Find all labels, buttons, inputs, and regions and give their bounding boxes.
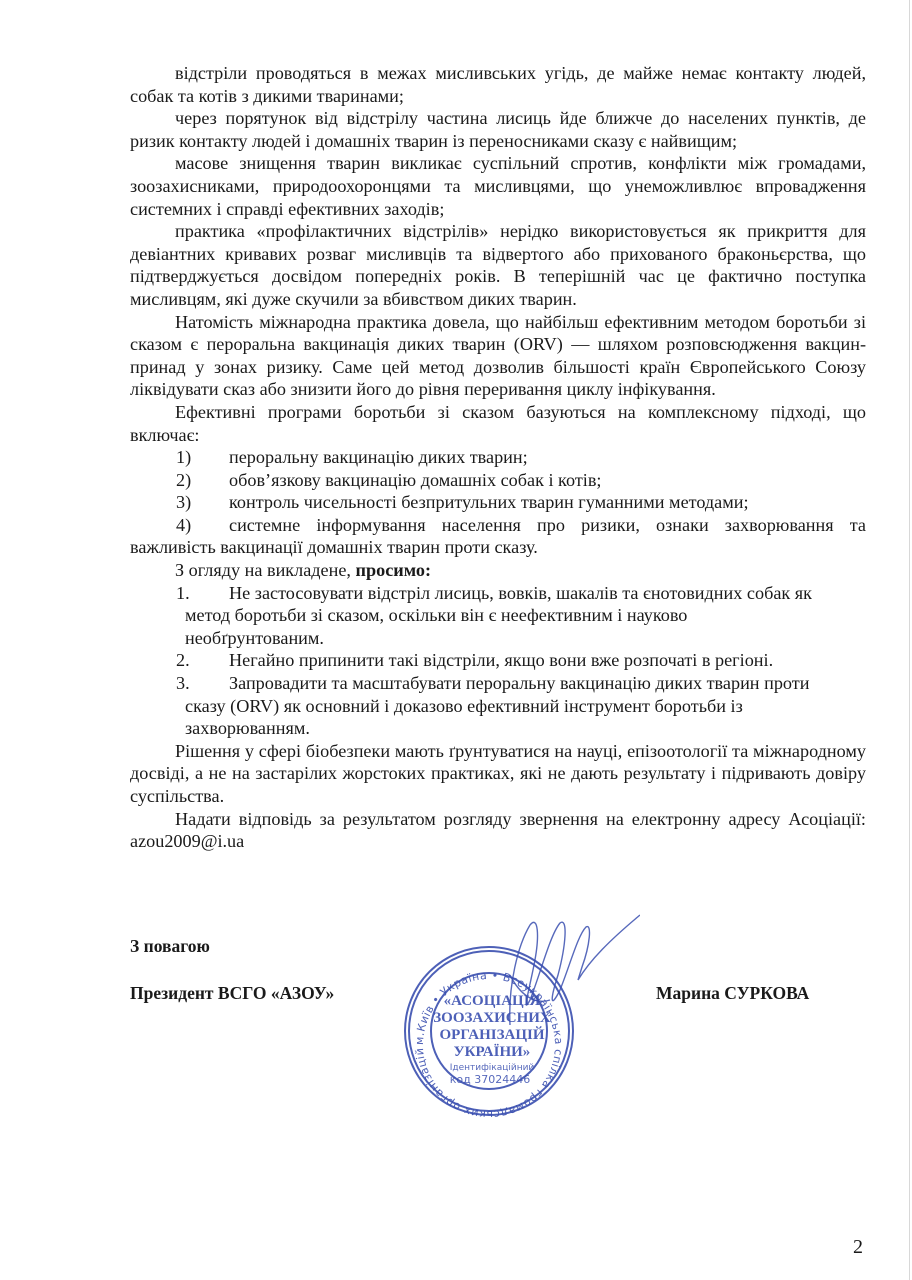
list-text-continuation: сказу (ORV) як основний і доказово ефект…	[130, 695, 866, 718]
paragraph: Рішення у сфері біобезпеки мають ґрунтув…	[130, 740, 866, 808]
signer-name: Марина СУРКОВА	[656, 983, 809, 1004]
paragraph: масове знищення тварин викликає суспільн…	[130, 152, 866, 220]
request-item: 3.Запровадити та масштабувати пероральну…	[130, 672, 866, 740]
paragraph: через порятунок від відстрілу частина ли…	[130, 107, 866, 152]
svg-text:УКРАЇНИ»: УКРАЇНИ»	[454, 1044, 531, 1060]
list-text: пероральну вакцинацію диких тварин;	[229, 446, 866, 469]
paragraph: відстріли проводяться в межах мисливськи…	[130, 62, 866, 107]
list-text: Запровадити та масштабувати пероральну в…	[229, 673, 809, 693]
request-intro-bold: просимо:	[356, 560, 432, 580]
svg-text:ЗООЗАХИСНИХ: ЗООЗАХИСНИХ	[433, 1010, 551, 1026]
list-item-continuation: важливість вакцинації домашніх тварин пр…	[130, 536, 866, 559]
list-text-continuation: захворюванням.	[130, 717, 866, 740]
list-text: системне інформування населення про ризи…	[229, 514, 866, 537]
list-text-continuation: необґрунтованим.	[130, 627, 866, 650]
request-intro: З огляду на викладене, просимо:	[130, 559, 866, 582]
signer-position: Президент ВСГО «АЗОУ»	[130, 983, 334, 1004]
list-number: 2)	[176, 469, 229, 492]
program-list: 1) пероральну вакцинацію диких тварин; 2…	[130, 446, 866, 559]
request-item: 1.Не застосовувати відстріл лисиць, вовк…	[130, 582, 866, 650]
list-number: 1)	[176, 446, 229, 469]
closing: З повагою	[130, 936, 210, 957]
request-list: 1.Не застосовувати відстріл лисиць, вовк…	[130, 582, 866, 740]
paragraph: практика «профілактичних відстрілів» нер…	[130, 220, 866, 310]
paragraph: Ефективні програми боротьби зі сказом ба…	[130, 401, 866, 446]
request-intro-text: З огляду на викладене,	[175, 560, 356, 580]
stamp-seal-icon: м.Київ • Україна • Всеукраїнська спілка …	[400, 905, 640, 1125]
list-number: 4)	[176, 514, 229, 537]
official-stamp: м.Київ • Україна • Всеукраїнська спілка …	[400, 905, 640, 1125]
request-item: 2.Негайно припинити такі відстріли, якщо…	[130, 649, 866, 672]
letter-body: відстріли проводяться в межах мисливськи…	[130, 62, 866, 853]
list-item: 3) контроль чисельності безпритульних тв…	[130, 491, 866, 514]
list-item: 1) пероральну вакцинацію диких тварин;	[130, 446, 866, 469]
list-text: контроль чисельності безпритульних твари…	[229, 491, 866, 514]
list-number: 1.	[176, 582, 229, 605]
list-number: 3)	[176, 491, 229, 514]
page-number: 2	[853, 1236, 863, 1259]
list-text-continuation: метод боротьби зі сказом, оскільки він є…	[130, 604, 866, 627]
list-item: 4) системне інформування населення про р…	[130, 514, 866, 537]
paragraph: Натомість міжнародна практика довела, що…	[130, 311, 866, 401]
list-text: обов’язкову вакцинацію домашніх собак і …	[229, 469, 866, 492]
svg-text:Ідентифікаційний: Ідентифікаційний	[450, 1063, 535, 1073]
paragraph: Надати відповідь за результатом розгляду…	[130, 808, 866, 853]
list-text: Негайно припинити такі відстріли, якщо в…	[229, 650, 773, 670]
list-item: 2) обов’язкову вакцинацію домашніх собак…	[130, 469, 866, 492]
svg-text:ОРГАНІЗАЦІЙ: ОРГАНІЗАЦІЙ	[440, 1026, 545, 1043]
svg-text:код 37024446: код 37024446	[450, 1073, 530, 1086]
list-number: 2.	[176, 649, 229, 672]
page-edge	[909, 0, 910, 1280]
list-number: 3.	[176, 672, 229, 695]
list-text: Не застосовувати відстріл лисиць, вовків…	[229, 583, 812, 603]
